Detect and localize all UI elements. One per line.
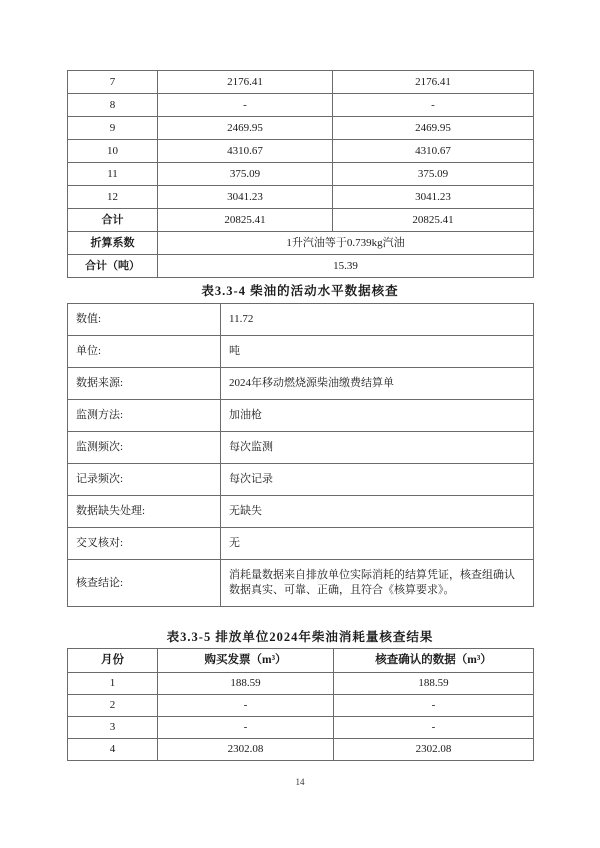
table-row: 8 - - (68, 94, 534, 117)
month-header-cell: 月份 (68, 649, 158, 673)
table-row: 数据缺失处理: 无缺失 (68, 496, 534, 528)
header-row: 月份 购买发票（m³） 核查确认的数据（m³） (68, 649, 534, 673)
diesel-consumption-table: 月份 购买发票（m³） 核查确认的数据（m³） 1 188.59 188.59 … (67, 648, 534, 761)
value-cell: - (158, 94, 333, 117)
table-row: 单位: 吨 (68, 336, 534, 368)
value-cell: 2176.41 (158, 71, 333, 94)
month-cell: 12 (68, 186, 158, 209)
table-row: 11 375.09 375.09 (68, 163, 534, 186)
field-label-cell: 交叉核对: (68, 528, 221, 560)
table-caption-3-3-5: 表3.3-5 排放单位2024年柴油消耗量核查结果 (0, 627, 600, 645)
month-cell: 8 (68, 94, 158, 117)
field-label-cell: 单位: (68, 336, 221, 368)
value-cell: 4310.67 (333, 140, 534, 163)
table-row: 数值: 11.72 (68, 304, 534, 336)
field-value-cell: 无缺失 (221, 496, 534, 528)
field-label-cell: 监测频次: (68, 432, 221, 464)
verified-header-cell: 核查确认的数据（m³） (334, 649, 534, 673)
value-cell: 3041.23 (333, 186, 534, 209)
month-cell: 9 (68, 117, 158, 140)
value-cell: 375.09 (158, 163, 333, 186)
value-cell: 2469.95 (333, 117, 534, 140)
total-value-cell: 20825.41 (158, 209, 333, 232)
table-row: 交叉核对: 无 (68, 528, 534, 560)
value-cell: 2176.41 (333, 71, 534, 94)
field-label-cell: 数据来源: (68, 368, 221, 400)
total-label-cell: 合计 (68, 209, 158, 232)
invoice-cell: 188.59 (158, 673, 334, 695)
field-value-cell: 每次记录 (221, 464, 534, 496)
table-row: 3 - - (68, 717, 534, 739)
field-label-cell: 核查结论: (68, 560, 221, 607)
invoice-header-cell: 购买发票（m³） (158, 649, 334, 673)
total-tons-label-cell: 合计（吨） (68, 255, 158, 278)
document-page: 7 2176.41 2176.41 8 - - 9 2469.95 2469.9… (0, 0, 600, 848)
page-number: 14 (0, 777, 600, 787)
conversion-factor-label-cell: 折算系数 (68, 232, 158, 255)
total-tons-value-cell: 15.39 (158, 255, 534, 278)
field-value-cell: 加油枪 (221, 400, 534, 432)
field-value-cell: 无 (221, 528, 534, 560)
field-value-cell: 吨 (221, 336, 534, 368)
verified-cell: - (334, 695, 534, 717)
fuel-monthly-table: 7 2176.41 2176.41 8 - - 9 2469.95 2469.9… (67, 70, 534, 278)
invoice-cell: - (158, 717, 334, 739)
verified-cell: - (334, 717, 534, 739)
value-cell: 4310.67 (158, 140, 333, 163)
diesel-activity-table: 数值: 11.72 单位: 吨 数据来源: 2024年移动燃烧源柴油缴费结算单 … (67, 303, 534, 607)
month-cell: 4 (68, 739, 158, 761)
field-label-cell: 数值: (68, 304, 221, 336)
field-value-cell: 11.72 (221, 304, 534, 336)
month-cell: 3 (68, 717, 158, 739)
table-caption-3-3-4: 表3.3-4 柴油的活动水平数据核查 (0, 281, 600, 299)
field-label-cell: 记录频次: (68, 464, 221, 496)
conversion-factor-row: 折算系数 1升汽油等于0.739kg汽油 (68, 232, 534, 255)
value-cell: - (333, 94, 534, 117)
verified-cell: 2302.08 (334, 739, 534, 761)
conclusion-row: 核查结论: 消耗量数据来自排放单位实际消耗的结算凭证，核查组确认数据真实、可靠、… (68, 560, 534, 607)
table-row: 1 188.59 188.59 (68, 673, 534, 695)
month-cell: 7 (68, 71, 158, 94)
invoice-cell: 2302.08 (158, 739, 334, 761)
total-tons-row: 合计（吨） 15.39 (68, 255, 534, 278)
value-cell: 375.09 (333, 163, 534, 186)
value-cell: 2469.95 (158, 117, 333, 140)
table-row: 10 4310.67 4310.67 (68, 140, 534, 163)
month-cell: 10 (68, 140, 158, 163)
table-row: 9 2469.95 2469.95 (68, 117, 534, 140)
total-row: 合计 20825.41 20825.41 (68, 209, 534, 232)
verified-cell: 188.59 (334, 673, 534, 695)
conclusion-value-cell: 消耗量数据来自排放单位实际消耗的结算凭证，核查组确认数据真实、可靠、正确，且符合… (221, 560, 534, 607)
table-row: 数据来源: 2024年移动燃烧源柴油缴费结算单 (68, 368, 534, 400)
value-cell: 3041.23 (158, 186, 333, 209)
table-row: 监测方法: 加油枪 (68, 400, 534, 432)
table-row: 2 - - (68, 695, 534, 717)
invoice-cell: - (158, 695, 334, 717)
month-cell: 1 (68, 673, 158, 695)
table-row: 12 3041.23 3041.23 (68, 186, 534, 209)
conversion-factor-value-cell: 1升汽油等于0.739kg汽油 (158, 232, 534, 255)
month-cell: 2 (68, 695, 158, 717)
field-value-cell: 2024年移动燃烧源柴油缴费结算单 (221, 368, 534, 400)
total-value-cell: 20825.41 (333, 209, 534, 232)
field-label-cell: 数据缺失处理: (68, 496, 221, 528)
table-row: 4 2302.08 2302.08 (68, 739, 534, 761)
field-value-cell: 每次监测 (221, 432, 534, 464)
month-cell: 11 (68, 163, 158, 186)
field-label-cell: 监测方法: (68, 400, 221, 432)
table-row: 监测频次: 每次监测 (68, 432, 534, 464)
table-row: 记录频次: 每次记录 (68, 464, 534, 496)
table-row: 7 2176.41 2176.41 (68, 71, 534, 94)
